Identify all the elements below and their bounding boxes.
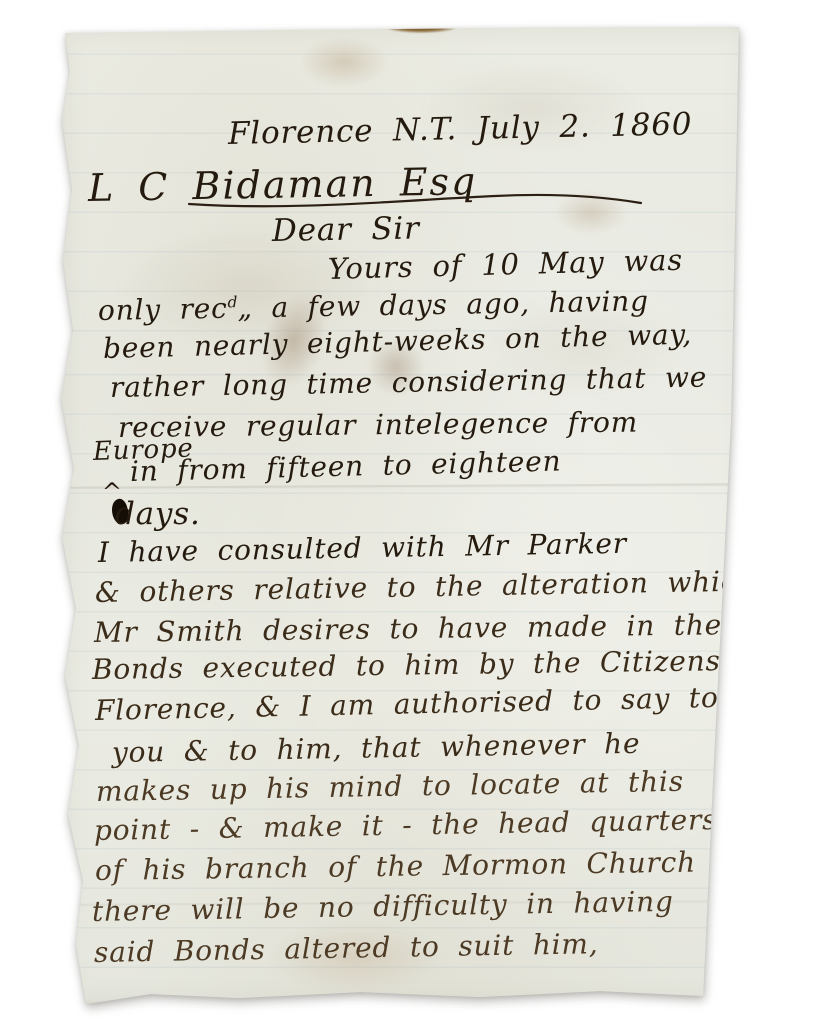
underline-flourish	[185, 188, 645, 212]
salutation: Dear Sir	[272, 210, 420, 249]
paper-speck	[131, 28, 134, 31]
paper-bottom-edge-shading	[55, 1000, 755, 1012]
letter-paper-wrapper: Florence N.T. July 2. 1860 L C Bidaman E…	[0, 0, 823, 1024]
received-line-pre: only rec	[98, 292, 228, 327]
paper-right-edge-shading	[739, 20, 755, 1012]
letter-line: days.	[115, 496, 201, 532]
photo-background: Florence N.T. July 2. 1860 L C Bidaman E…	[0, 0, 823, 1024]
letter-line: receive regular intelegence from	[118, 406, 638, 444]
letter-paper: Florence N.T. July 2. 1860 L C Bidaman E…	[55, 20, 755, 1012]
